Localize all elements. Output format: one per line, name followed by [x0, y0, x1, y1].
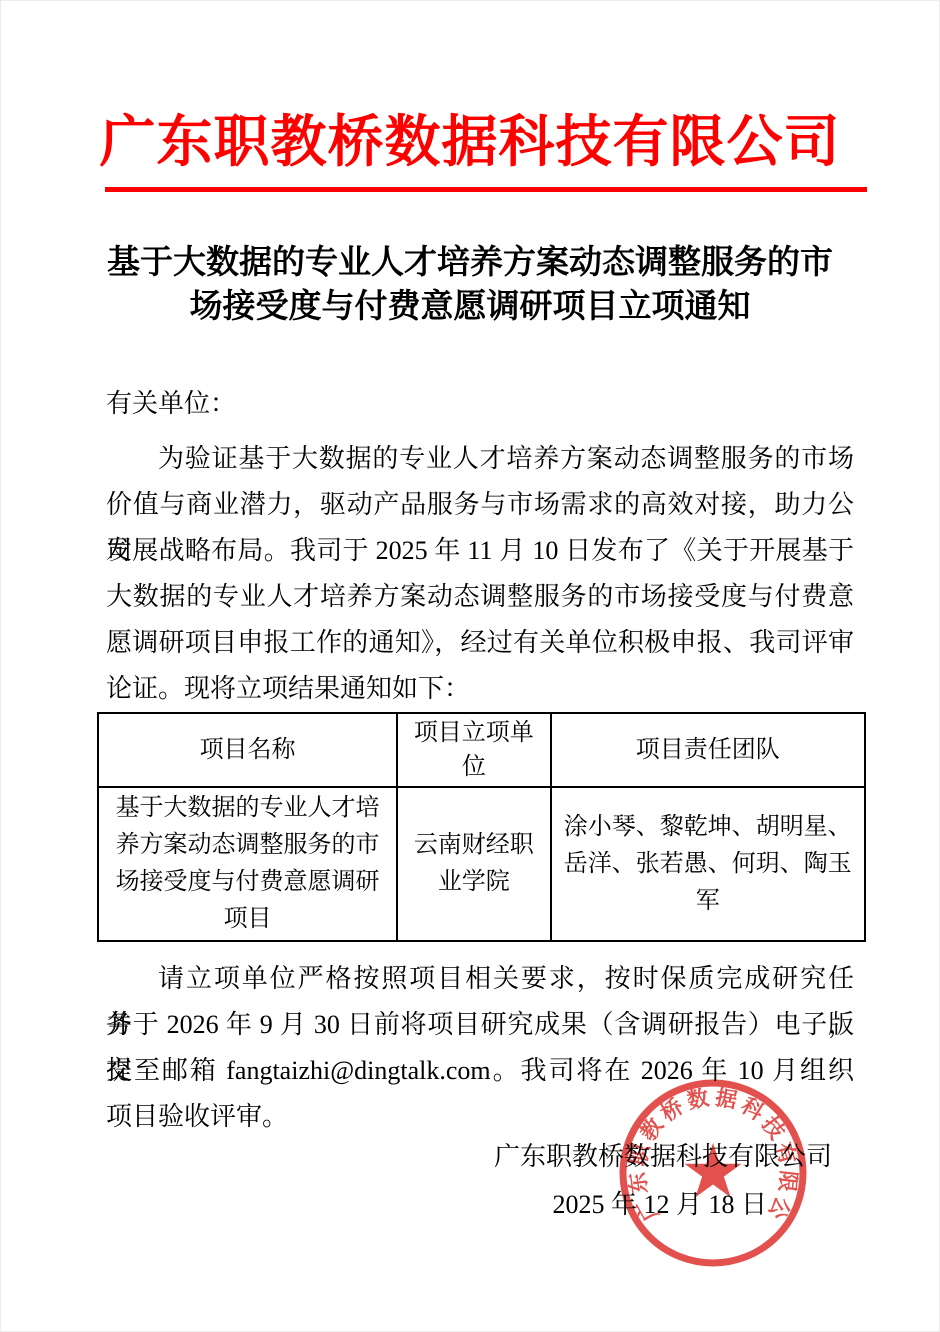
- body-line: 发展战略布局。我司于 2025 年 11 月 10 日发布了《关于开展基于: [106, 528, 854, 574]
- signature-date: 2025 年 12 月 18 日: [552, 1187, 767, 1223]
- body-line: 论证。现将立项结果通知如下：: [106, 666, 854, 712]
- salutation: 有关单位：: [106, 384, 854, 424]
- body-line: 价值与商业潜力，驱动产品服务与市场需求的高效对接，助力公司: [106, 482, 854, 528]
- table-cell-unit: 云南财经职业学院: [397, 787, 550, 941]
- paragraph-2: 请立项单位严格按照项目相关要求，按时保质完成研究任务， 并于 2026 年 9 …: [106, 956, 854, 1140]
- table-cell-team: 涂小琴、黎乾坤、胡明星、岳洋、张若愚、何玥、陶玉军: [551, 787, 865, 941]
- paragraph-1: 为验证基于大数据的专业人才培养方案动态调整服务的市场 价值与商业潜力，驱动产品服…: [106, 436, 854, 712]
- table-header-team: 项目责任团队: [551, 713, 865, 787]
- table-row: 基于大数据的专业人才培养方案动态调整服务的市场接受度与付费意愿调研项目 云南财经…: [98, 787, 865, 941]
- body-line: 为验证基于大数据的专业人才培养方案动态调整服务的市场: [106, 436, 854, 482]
- letterhead-company-name: 广东职教桥数据科技有限公司: [1, 107, 939, 179]
- table-cell-project-name: 基于大数据的专业人才培养方案动态调整服务的市场接受度与付费意愿调研项目: [98, 787, 397, 941]
- project-approval-table: 项目名称 项目立项单位 项目责任团队 基于大数据的专业人才培养方案动态调整服务的…: [97, 712, 866, 942]
- document-page: 广东职教桥数据科技有限公司 基于大数据的专业人才培养方案动态调整服务的市 场接受…: [0, 0, 940, 1332]
- table-header-unit: 项目立项单位: [397, 713, 550, 787]
- body-line: 大数据的专业人才培养方案动态调整服务的市场接受度与付费意: [106, 574, 854, 620]
- body-line: 请立项单位严格按照项目相关要求，按时保质完成研究任务，: [106, 956, 854, 1002]
- document-title-line1: 基于大数据的专业人才培养方案动态调整服务的市: [1, 240, 939, 284]
- letterhead-divider: [105, 187, 867, 192]
- document-body: 有关单位： 为验证基于大数据的专业人才培养方案动态调整服务的市场 价值与商业潜力…: [106, 384, 854, 1140]
- signature-company: 广东职教桥数据科技有限公司: [494, 1139, 832, 1175]
- table-header-project-name: 项目名称: [98, 713, 397, 787]
- body-line: 交至邮箱 fangtaizhi@dingtalk.com。我司将在 2026 年…: [106, 1048, 854, 1094]
- table-header-row: 项目名称 项目立项单位 项目责任团队: [98, 713, 865, 787]
- document-title-line2: 场接受度与付费意愿调研项目立项通知: [1, 284, 939, 328]
- body-line: 项目验收评审。: [106, 1094, 854, 1140]
- document-title: 基于大数据的专业人才培养方案动态调整服务的市 场接受度与付费意愿调研项目立项通知: [1, 240, 939, 328]
- body-line: 并于 2026 年 9 月 30 日前将项目研究成果（含调研报告）电子版提: [106, 1002, 854, 1048]
- body-line: 愿调研项目申报工作的通知》，经过有关单位积极申报、我司评审: [106, 620, 854, 666]
